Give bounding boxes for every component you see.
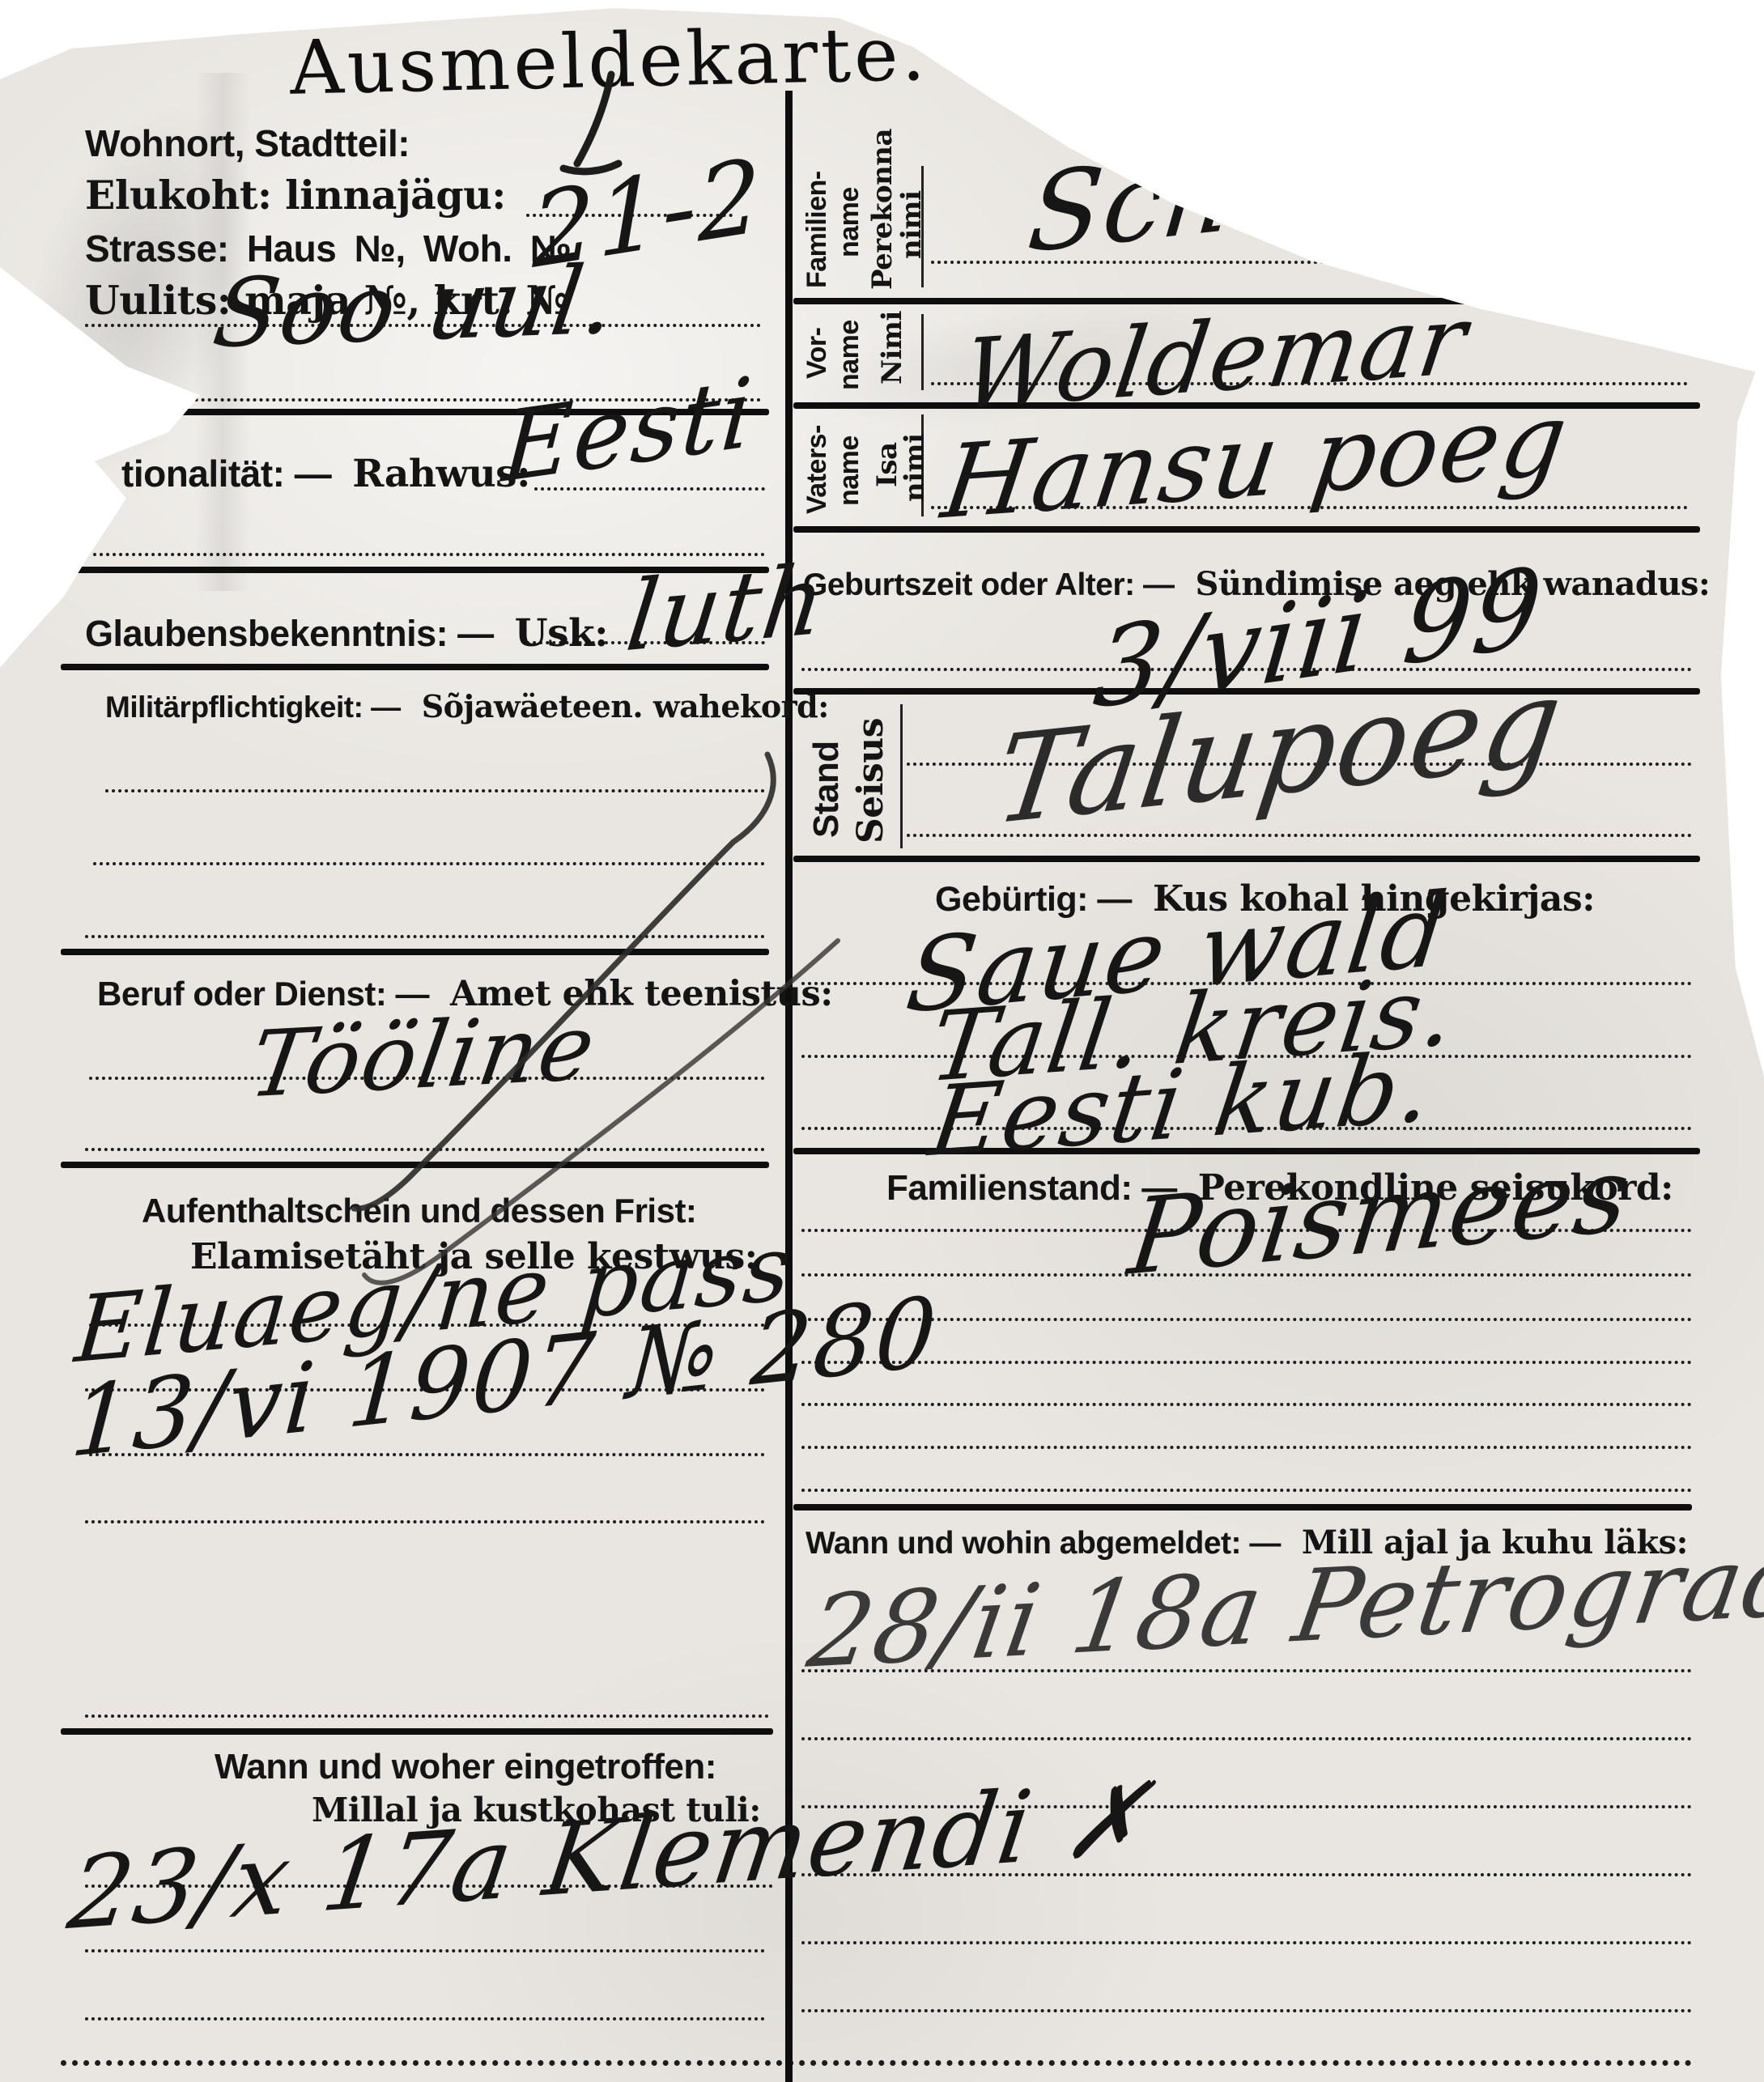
label-religion-de: Glaubensbekenntnis: —: [85, 613, 494, 655]
dotted-line: [85, 2017, 765, 2020]
vlabel-stand: Stand: [806, 741, 847, 838]
rule-line: [793, 526, 1700, 533]
field-label-arrival-de: Wann und woher eingetroffen:: [215, 1747, 716, 1787]
vlabel-nimi: Nimi: [876, 311, 908, 385]
label-nationality-de: tionalität: —: [121, 452, 331, 495]
dotted-line: [85, 1520, 765, 1523]
vlabel-isa-nimi: nimi: [899, 433, 931, 502]
vlabel-familien-2: name: [834, 187, 865, 257]
dotted-line: [85, 1714, 769, 1718]
handwritten-occupation: Tööline: [243, 994, 603, 1119]
bottom-edge-line: [61, 2060, 1692, 2066]
rule-line: [793, 1504, 1692, 1511]
rule-line: [61, 949, 769, 955]
field-label-religion: Glaubensbekenntnis: — Usk:: [85, 611, 608, 656]
vlabel-perekonna-2: nimi: [895, 190, 928, 259]
field-label-nationality: tionalität: — Rahwus:: [121, 452, 530, 496]
dotted-line: [801, 2009, 1692, 2012]
label-military-et: Sõjawäeteen. wahekord:: [422, 688, 829, 724]
field-label-military: Militärpflichtigkeit: — Sõjawäeteen. wah…: [105, 688, 829, 724]
vlabel-perekonna-1: Perekonna: [866, 129, 899, 290]
label-birth-de: Geburtszeit oder Alter: —: [803, 567, 1174, 603]
handwritten-street: Soo uul.: [207, 245, 623, 369]
ausmeldekarte-scan: Ausmeldekarte. — Wäljakir Wohnort, Stadt…: [0, 0, 1764, 2082]
dotted-line: [85, 935, 765, 938]
vlabel-vaters-1: Vaters-: [801, 425, 833, 514]
column-divider: [785, 91, 793, 2082]
rule-line: [61, 1728, 773, 1735]
dotted-line: [85, 1949, 765, 1952]
dotted-line: [801, 1403, 1692, 1406]
handwritten-religion: luth: [621, 542, 832, 673]
title-dash: —: [954, 13, 1024, 95]
field-label-permit-de: Aufenthaltschein und dessen Frist:: [142, 1192, 696, 1230]
title-german: Ausmeldekarte.: [289, 11, 929, 112]
dotted-line: [105, 789, 765, 792]
dotted-line: [85, 1148, 765, 1151]
vlabel-seisus: Seisus: [850, 718, 891, 843]
vlabel-vaters-2: name: [834, 436, 865, 506]
label-religion-et: Usk:: [515, 611, 608, 656]
label-arrival-de: Wann und woher eingetroffen:: [215, 1747, 716, 1787]
field-label-wohnort: Wohnort, Stadtteil:: [85, 121, 410, 165]
field-label-elukoht: Elukoht: linnajägu:: [85, 172, 506, 219]
dotted-line: [93, 862, 765, 865]
label-wohnort-de: Wohnort, Stadtteil:: [85, 121, 410, 165]
title-estonian-torn: Wäljakir: [1050, 0, 1413, 94]
dotted-line: [801, 1737, 1692, 1740]
dotted-line: [801, 1446, 1692, 1449]
rule-line: [61, 1162, 769, 1168]
vlabel-vor-name: name: [834, 320, 865, 390]
label-separator-line: [900, 704, 903, 848]
label-military-de: Militärpflichtigkeit: —: [105, 690, 401, 724]
rule-line: [793, 856, 1700, 862]
label-separator-line: [921, 314, 924, 390]
dotted-line: [801, 1941, 1692, 1944]
label-permit-de: Aufenthaltschein und dessen Frist:: [142, 1192, 696, 1230]
dotted-line: [801, 1489, 1692, 1492]
vlabel-familien-1: Familien-: [801, 171, 833, 288]
label-elukoht-et: Elukoht: linnajägu:: [85, 172, 506, 219]
vlabel-vor: Vor-: [801, 328, 833, 379]
dotted-line: [93, 553, 765, 556]
